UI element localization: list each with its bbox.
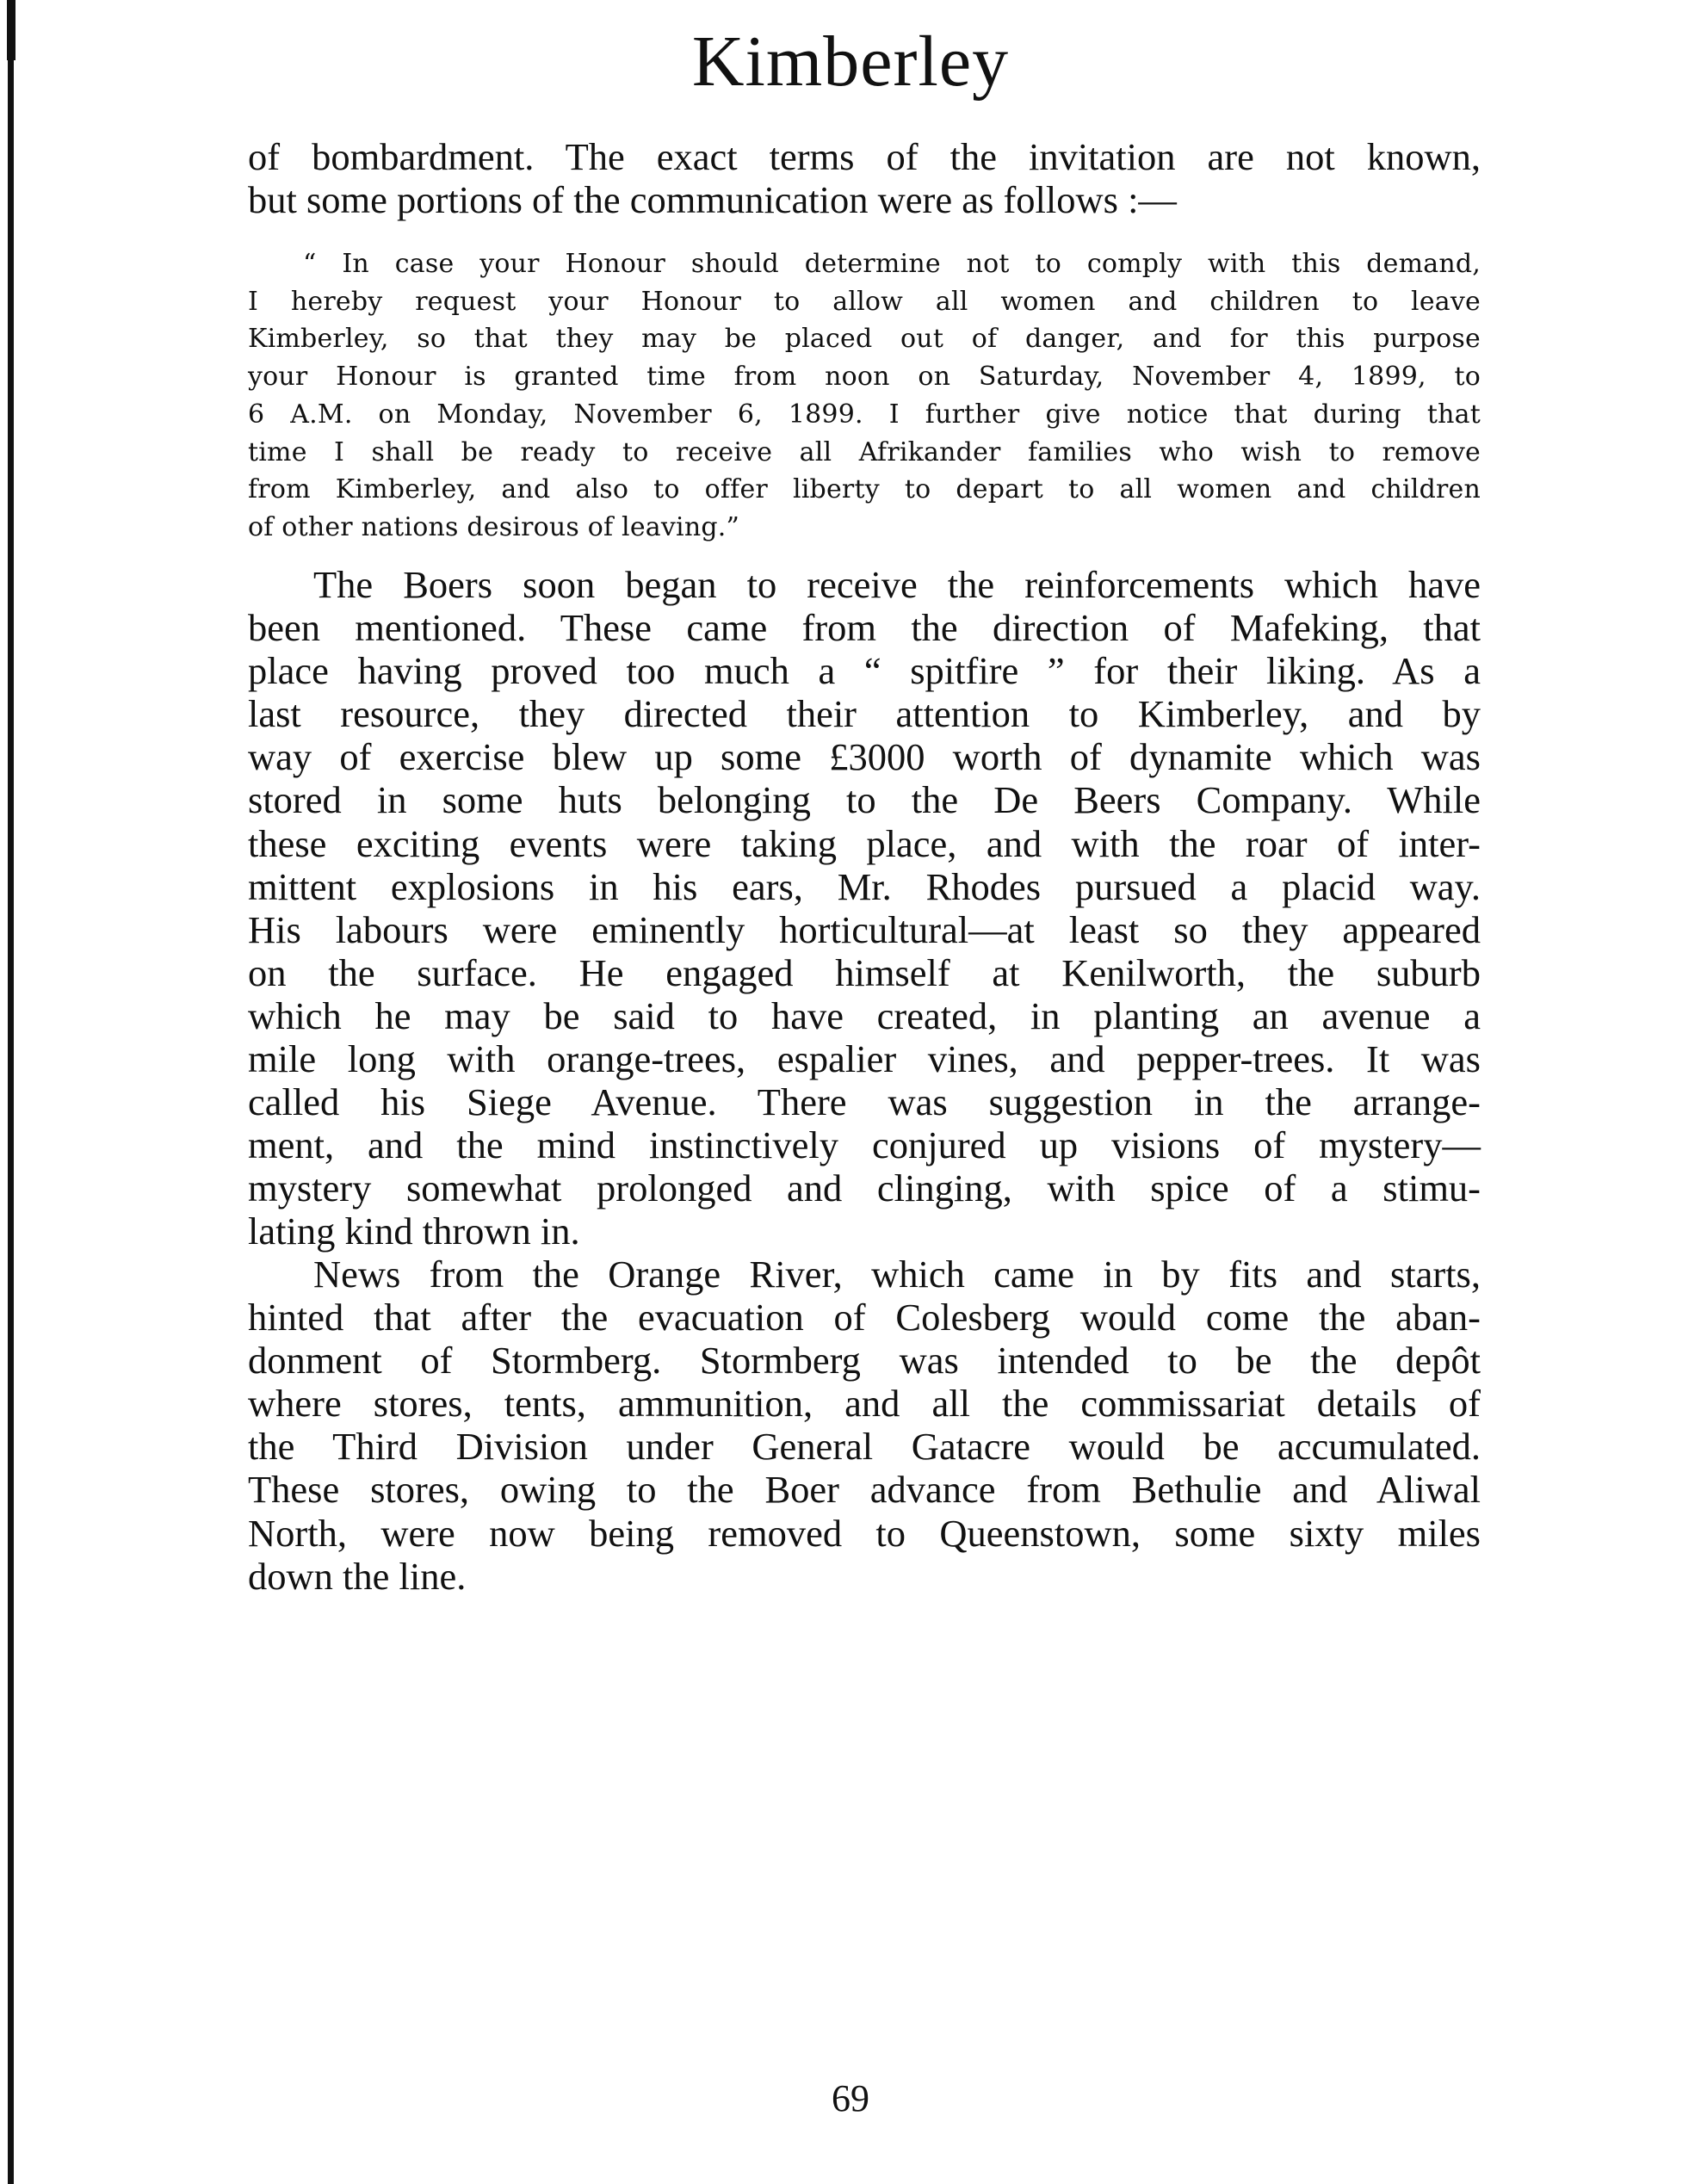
text-line: stored in some huts belonging to the De … <box>248 778 1481 821</box>
text-line: where stores, tents, ammunition, and all… <box>248 1382 1481 1425</box>
text-line: mystery somewhat prolonged and clinging,… <box>248 1166 1481 1210</box>
text-line: of bombardment. The exact terms of the i… <box>248 135 1481 178</box>
news-paragraph: News from the Orange River, which came i… <box>248 1253 1481 1598</box>
quote-line: Kimberley, so that they may be placed ou… <box>248 320 1481 358</box>
text-line: lating kind thrown in. <box>248 1210 1481 1253</box>
text-line: These stores, owing to the Boer advance … <box>248 1468 1481 1511</box>
quote-line: of other nations desirous of leaving.” <box>248 509 1481 547</box>
text-line: way of exercise blew up some £3000 worth… <box>248 735 1481 778</box>
text-line: hinted that after the evacuation of Cole… <box>248 1296 1481 1339</box>
text-line: which he may be said to have created, in… <box>248 994 1481 1037</box>
text-line: The Boers soon began to receive the rein… <box>248 563 1481 606</box>
text-line: but some portions of the communication w… <box>248 178 1481 221</box>
text-line: called his Siege Avenue. There was sugge… <box>248 1080 1481 1123</box>
quote-line: 6 A.M. on Monday, November 6, 1899. I fu… <box>248 396 1481 434</box>
text-line: News from the Orange River, which came i… <box>248 1253 1481 1296</box>
text-line: mile long with orange-trees, espalier vi… <box>248 1037 1481 1080</box>
quote-line: “ In case your Honour should determine n… <box>248 245 1481 283</box>
quoted-demand: “ In case your Honour should determine n… <box>248 245 1481 547</box>
page-number: 69 <box>0 2075 1701 2123</box>
text-line: His labours were eminently horticultural… <box>248 908 1481 951</box>
text-line: these exciting events were taking place,… <box>248 822 1481 865</box>
scan-edge-line <box>8 0 14 2184</box>
quote-line: your Honour is granted time from noon on… <box>248 358 1481 396</box>
text-line: donment of Stormberg. Stormberg was inte… <box>248 1339 1481 1382</box>
boers-paragraph: The Boers soon began to receive the rein… <box>248 563 1481 1253</box>
running-head: Kimberley <box>0 19 1701 105</box>
text-line: mittent explosions in his ears, Mr. Rhod… <box>248 865 1481 908</box>
text-line: place having proved too much a “ spitfir… <box>248 649 1481 692</box>
text-line: last resource, they directed their atten… <box>248 692 1481 735</box>
text-line: down the line. <box>248 1555 1481 1598</box>
text-line: been mentioned. These came from the dire… <box>248 606 1481 649</box>
text-line: the Third Division under General Gatacre… <box>248 1425 1481 1468</box>
text-line: on the surface. He engaged himself at Ke… <box>248 951 1481 994</box>
text-line: ment, and the mind instinctively conjure… <box>248 1123 1481 1166</box>
quote-line: I hereby request your Honour to allow al… <box>248 283 1481 321</box>
text-line: North, were now being removed to Queenst… <box>248 1512 1481 1555</box>
quote-line: from Kimberley, and also to offer libert… <box>248 471 1481 509</box>
intro-paragraph: of bombardment. The exact terms of the i… <box>248 135 1481 221</box>
quote-line: time I shall be ready to receive all Afr… <box>248 434 1481 472</box>
